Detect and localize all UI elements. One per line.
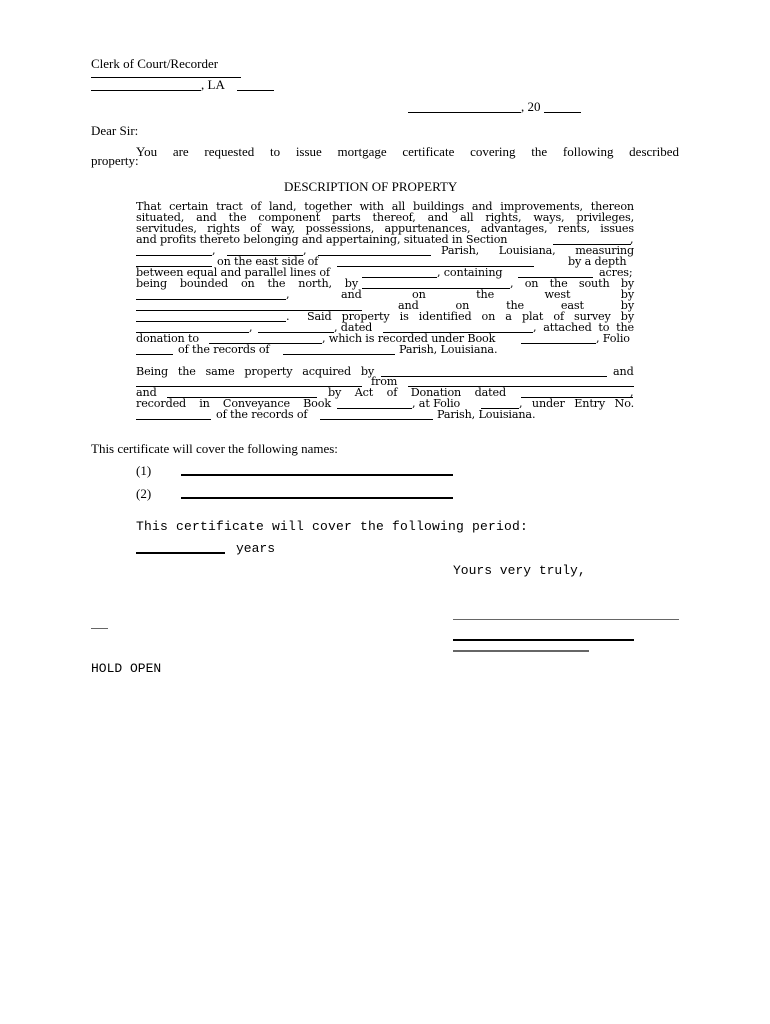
desc-line-14-records: of the records of xyxy=(178,345,269,356)
acq-line-5-parish: Parish, Louisiana. xyxy=(437,410,535,421)
hold-open-label: HOLD OPEN xyxy=(91,661,161,676)
desc-line-13-folio: , Folio xyxy=(596,334,630,345)
date-year-prefix: , 20 xyxy=(521,99,541,114)
south-blank[interactable] xyxy=(136,299,286,300)
street-blank[interactable] xyxy=(337,266,534,267)
book-blank[interactable] xyxy=(521,343,596,344)
name-2-field[interactable] xyxy=(181,497,453,499)
conveyance-book-blank[interactable] xyxy=(337,408,412,409)
parish-blank-3[interactable] xyxy=(320,419,433,420)
names-intro: This certificate will cover the followin… xyxy=(91,441,338,456)
city-state-suffix: , LA xyxy=(201,77,225,92)
city-blank[interactable] xyxy=(91,90,201,91)
mortgage-certificate-request-page: Clerk of Court/Recorder , LA , 20 Dear S… xyxy=(0,0,770,1024)
closing-salutation: Yours very truly, xyxy=(453,563,586,578)
request-line-2: property: xyxy=(91,155,139,166)
east-blank[interactable] xyxy=(136,321,286,322)
addressee-label: Clerk of Court/Recorder xyxy=(91,56,218,71)
name-item-2-label: (2) xyxy=(136,486,151,501)
date-blank[interactable] xyxy=(408,112,521,113)
parish-blank-1[interactable] xyxy=(318,255,431,256)
signature-line[interactable] xyxy=(453,619,679,620)
comma: , xyxy=(212,246,215,257)
acq-line-4-entry: , under Entry No. xyxy=(519,399,634,410)
footer-dash xyxy=(91,628,108,629)
request-line-1: You are requested to issue mortgage cert… xyxy=(136,146,679,157)
name-item-1-label: (1) xyxy=(136,463,151,478)
name-1-field[interactable] xyxy=(181,474,453,476)
desc-line-14-parish: Parish, Louisiana. xyxy=(399,345,497,356)
comma: , xyxy=(286,290,289,301)
period-intro: This certificate will cover the followin… xyxy=(136,519,528,534)
desc-line-7-containing: , containing xyxy=(437,268,502,279)
acquired-by-blank[interactable] xyxy=(381,376,607,377)
folio-blank[interactable] xyxy=(136,354,173,355)
acq-line-1-text: Being the same property acquired by xyxy=(136,367,374,378)
period: . xyxy=(286,312,289,323)
desc-line-8-text: being bounded on the north, by xyxy=(136,279,358,290)
year-blank[interactable] xyxy=(544,112,581,113)
entry-no-blank[interactable] xyxy=(136,419,211,420)
years-field[interactable] xyxy=(136,552,225,554)
signer-name-line[interactable] xyxy=(453,639,634,641)
township-blank[interactable] xyxy=(136,255,212,256)
zip-blank[interactable] xyxy=(237,90,274,91)
comma: , xyxy=(249,323,252,334)
acq-line-1-and: and xyxy=(613,367,634,378)
acq-line-5-records: of the records of xyxy=(216,410,307,421)
description-heading: DESCRIPTION OF PROPERTY xyxy=(284,179,457,194)
depth-blank[interactable] xyxy=(362,277,437,278)
parish-blank-2[interactable] xyxy=(283,354,395,355)
years-label: years xyxy=(236,541,275,556)
salutation: Dear Sir: xyxy=(91,123,138,138)
signer-title-line[interactable] xyxy=(453,650,589,652)
